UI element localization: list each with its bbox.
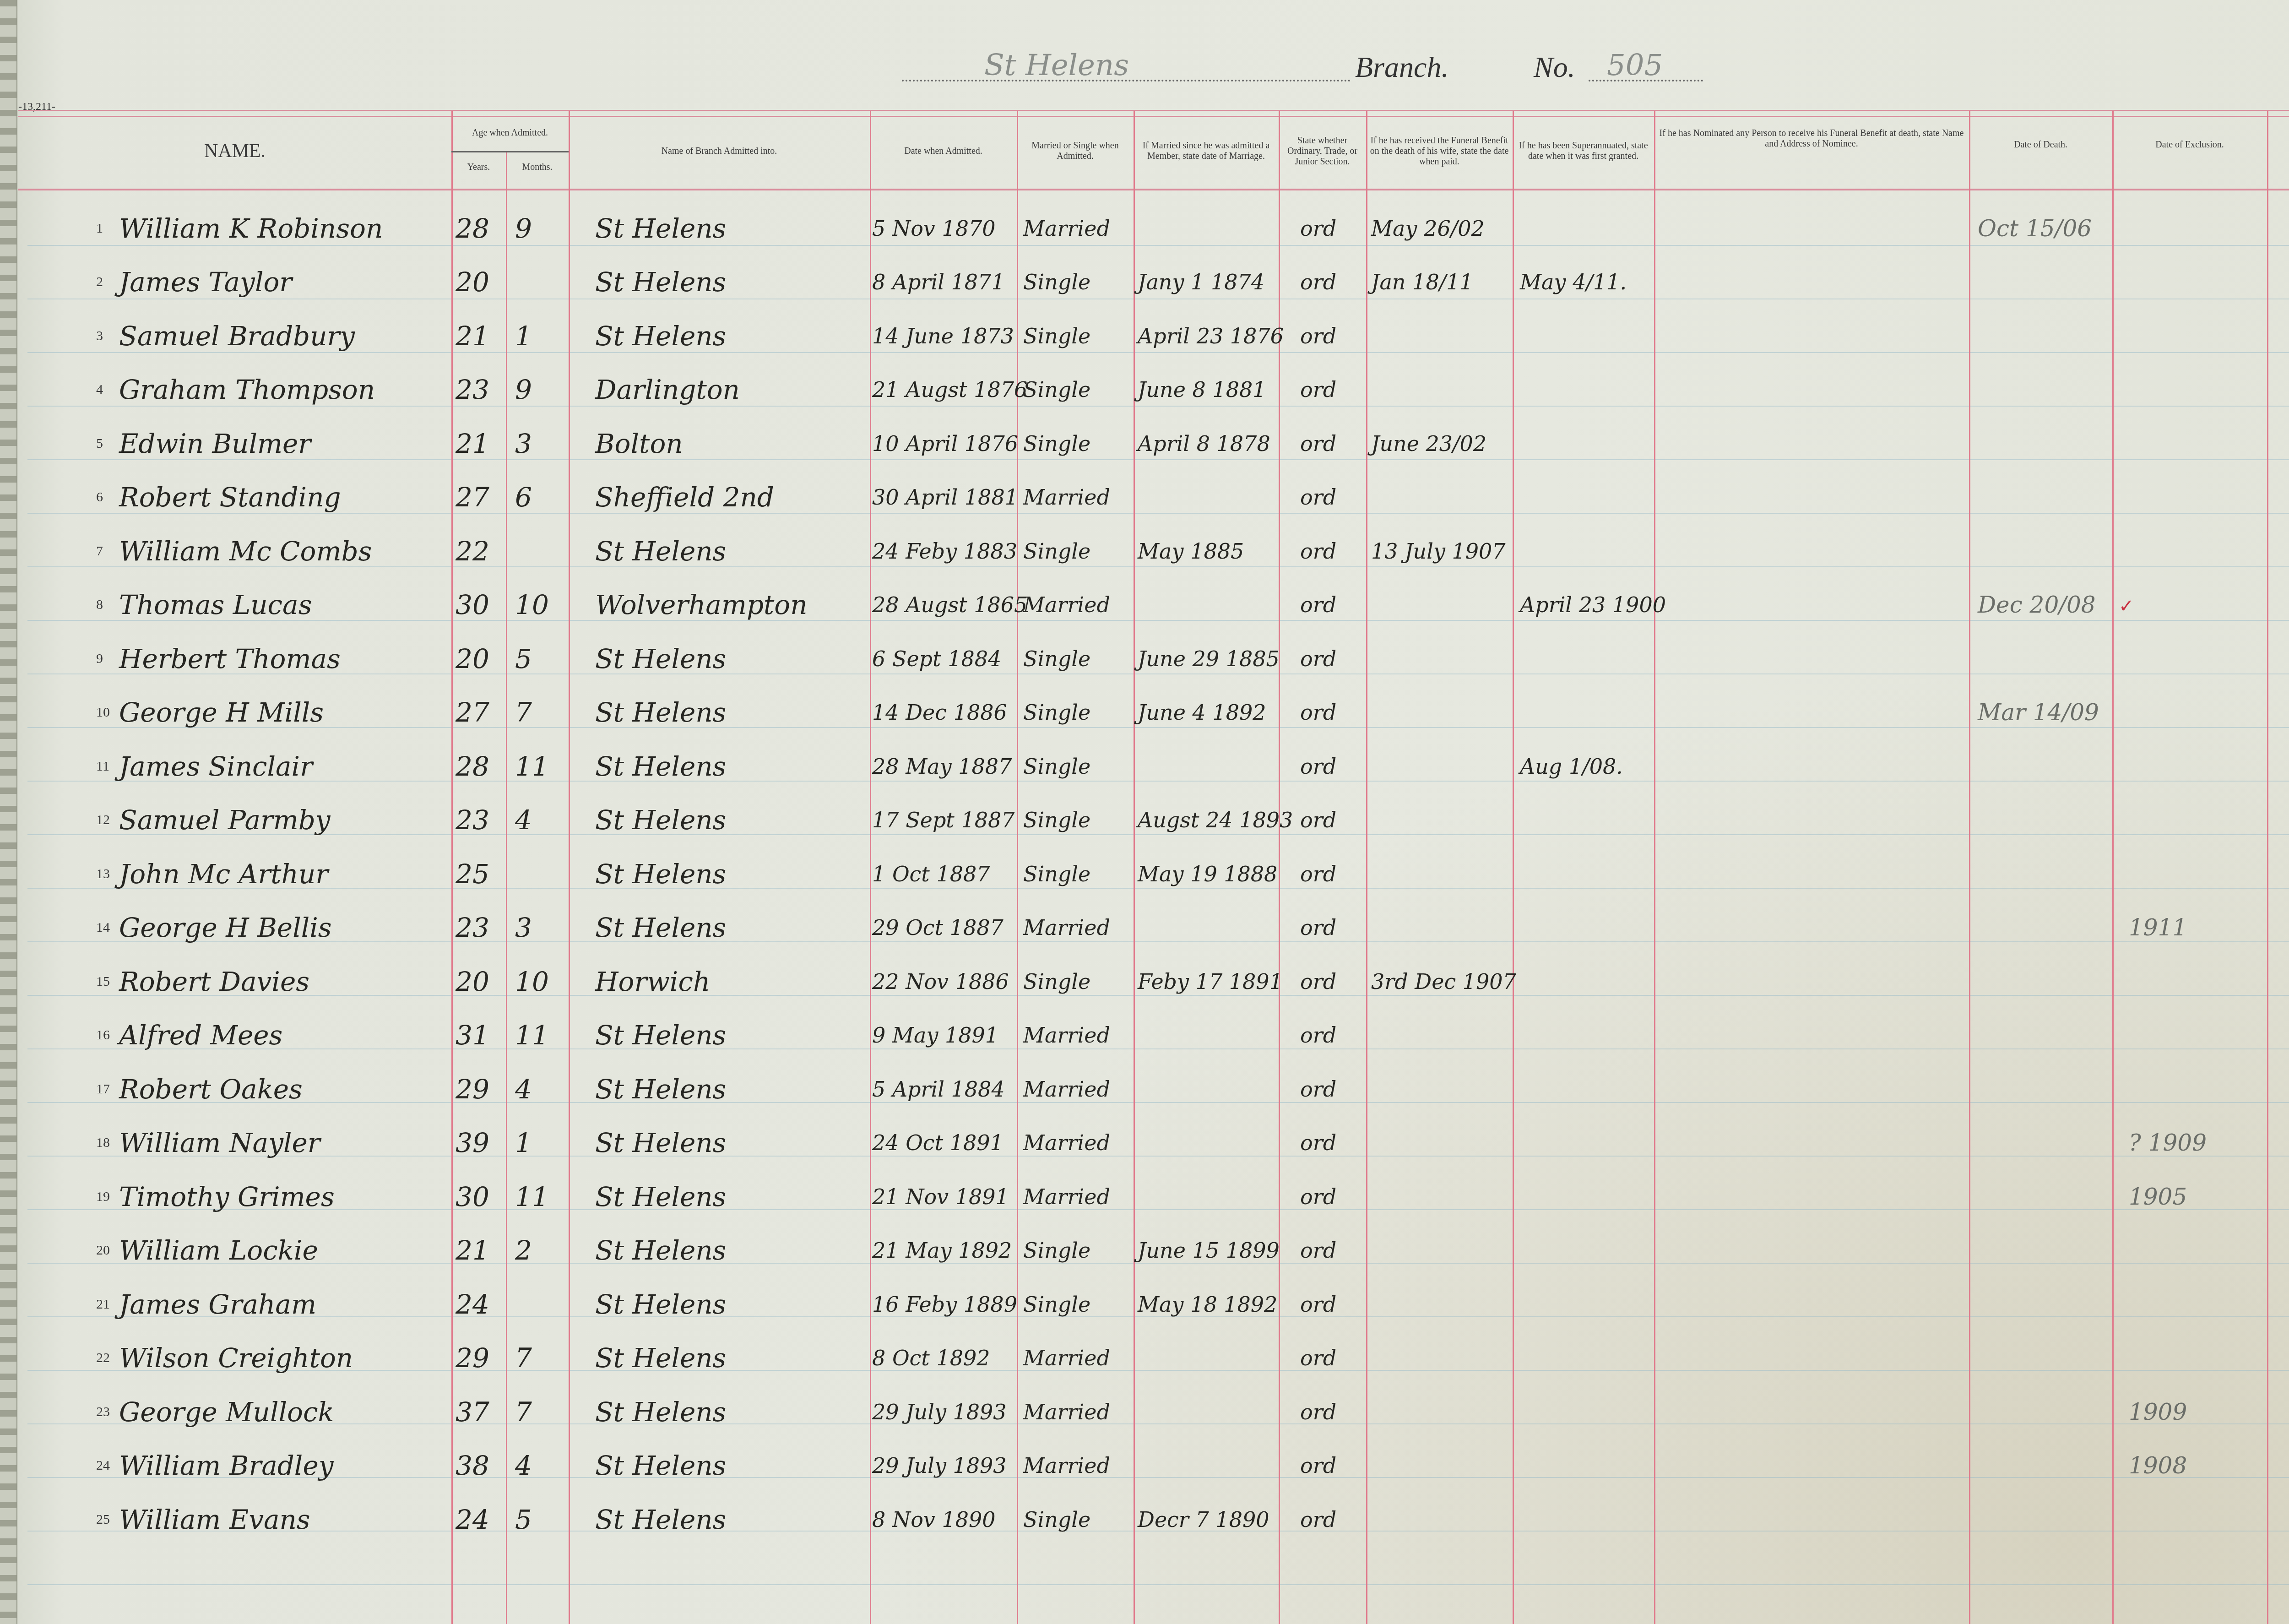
date-admitted: 8 Oct 1892	[872, 1331, 990, 1385]
member-name: William Nayler	[119, 1116, 320, 1170]
row-number: 24	[96, 1439, 110, 1493]
table-row: 11James Sinclair2811St Helens28 May 1887…	[0, 739, 2289, 793]
member-name: Herbert Thomas	[119, 632, 341, 685]
marital-status: Married	[1023, 1009, 1110, 1062]
section: ord	[1300, 1331, 1336, 1385]
section: ord	[1300, 1009, 1336, 1062]
member-name: Thomas Lucas	[119, 578, 312, 632]
header-age: Age when Admitted.	[451, 114, 569, 151]
member-name: James Graham	[119, 1277, 316, 1331]
row-number: 2	[96, 255, 103, 309]
branch-admitted: St Helens	[595, 201, 726, 255]
section: ord	[1300, 955, 1336, 1008]
section: ord	[1300, 363, 1336, 417]
funeral-benefit-wife: 3rd Dec 1907	[1371, 955, 1516, 1008]
marital-status: Single	[1023, 309, 1090, 363]
table-row: 19Timothy Grimes3011St Helens21 Nov 1891…	[0, 1170, 2289, 1223]
marital-status: Single	[1023, 255, 1090, 309]
member-name: Robert Standing	[119, 471, 341, 524]
marital-status: Single	[1023, 955, 1090, 1008]
date-of-marriage: April 8 1878	[1138, 417, 1270, 470]
row-number: 12	[96, 793, 110, 847]
branch-number: 505	[1607, 49, 1663, 82]
member-name: Samuel Bradbury	[119, 309, 355, 363]
table-row: 7William Mc Combs22St Helens24 Feby 1883…	[0, 524, 2289, 578]
section: ord	[1300, 1062, 1336, 1116]
date-admitted: 14 June 1873	[872, 309, 1014, 363]
marital-status: Single	[1023, 793, 1090, 847]
age-months: 11	[515, 1009, 549, 1062]
date-admitted: 8 April 1871	[872, 255, 1005, 309]
member-name: Alfred Mees	[119, 1009, 282, 1062]
age-years: 24	[456, 1277, 489, 1331]
row-number: 14	[96, 901, 110, 955]
member-name: John Mc Arthur	[119, 847, 328, 901]
marital-status: Married	[1023, 1331, 1110, 1385]
date-admitted: 14 Dec 1886	[872, 686, 1007, 739]
table-row: 15Robert Davies2010Horwich22 Nov 1886Sin…	[0, 955, 2289, 1008]
branch-admitted: St Helens	[595, 739, 726, 793]
age-months: 10	[515, 955, 549, 1008]
branch-admitted: St Helens	[595, 1385, 726, 1439]
table-row: 23George Mullock377St Helens29 July 1893…	[0, 1385, 2289, 1439]
date-admitted: 21 Augst 1876	[872, 363, 1027, 417]
section: ord	[1300, 1385, 1336, 1439]
date-of-marriage: June 15 1899	[1138, 1224, 1280, 1277]
marital-status: Single	[1023, 363, 1090, 417]
section: ord	[1300, 901, 1336, 955]
date-of-exclusion: 1911	[2129, 901, 2187, 955]
age-months: 7	[515, 686, 532, 739]
table-row: 3Samuel Bradbury211St Helens14 June 1873…	[0, 309, 2289, 363]
red-tick-mark: ✓	[2119, 595, 2134, 617]
date-of-marriage: Jany 1 1874	[1138, 255, 1264, 309]
branch-admitted: Horwich	[595, 955, 710, 1008]
row-number: 4	[96, 363, 103, 417]
age-months: 10	[515, 578, 549, 632]
date-admitted: 5 Nov 1870	[872, 201, 996, 255]
table-row: 2James Taylor20St Helens8 April 1871Sing…	[0, 255, 2289, 309]
section: ord	[1300, 632, 1336, 685]
row-number: 5	[96, 417, 103, 470]
row-number: 6	[96, 471, 103, 524]
marital-status: Single	[1023, 739, 1090, 793]
table-row: 24William Bradley384St Helens29 July 189…	[0, 1439, 2289, 1493]
age-months: 6	[515, 471, 532, 524]
age-months: 4	[515, 793, 532, 847]
funeral-benefit-wife: May 26/02	[1371, 201, 1485, 255]
marital-status: Single	[1023, 632, 1090, 685]
member-name: George Mullock	[119, 1385, 334, 1439]
row-number: 11	[96, 739, 109, 793]
marital-status: Married	[1023, 1439, 1110, 1493]
section: ord	[1300, 686, 1336, 739]
branch-admitted: St Helens	[595, 1170, 726, 1223]
table-row: 25William Evans245St Helens8 Nov 1890Sin…	[0, 1493, 2289, 1546]
age-years: 21	[456, 1224, 489, 1277]
branch-admitted: St Helens	[595, 309, 726, 363]
age-months: 7	[515, 1385, 532, 1439]
row-number: 1	[96, 201, 103, 255]
table-row: 6Robert Standing276Sheffield 2nd30 April…	[0, 471, 2289, 524]
member-name: Samuel Parmby	[119, 793, 331, 847]
table-row: 16Alfred Mees3111St Helens9 May 1891Marr…	[0, 1009, 2289, 1062]
branch-admitted: St Helens	[595, 1116, 726, 1170]
header-date-of-marriage: If Married since he was admitted a Membe…	[1134, 114, 1279, 188]
member-name: George H Mills	[119, 686, 324, 739]
section: ord	[1300, 255, 1336, 309]
header-date-of-death: Date of Death.	[1969, 114, 2112, 188]
age-years: 20	[456, 955, 489, 1008]
superannuated-date: Aug 1/08.	[1520, 739, 1623, 793]
age-years: 30	[456, 578, 489, 632]
branch-admitted: St Helens	[595, 901, 726, 955]
number-label: No.	[1534, 50, 1575, 84]
age-months: 11	[515, 739, 549, 793]
table-row: 22Wilson Creighton297St Helens8 Oct 1892…	[0, 1331, 2289, 1385]
marital-status: Married	[1023, 1116, 1110, 1170]
branch-admitted: St Helens	[595, 524, 726, 578]
table-row: 9Herbert Thomas205St Helens6 Sept 1884Si…	[0, 632, 2289, 685]
date-admitted: 24 Feby 1883	[872, 524, 1017, 578]
age-years: 28	[456, 739, 489, 793]
table-row: 8Thomas Lucas3010Wolverhampton28 Augst 1…	[0, 578, 2289, 632]
header-date-of-exclusion: Date of Exclusion.	[2112, 114, 2267, 188]
date-admitted: 29 July 1893	[872, 1385, 1007, 1439]
member-name: Graham Thompson	[119, 363, 375, 417]
section: ord	[1300, 471, 1336, 524]
date-admitted: 29 Oct 1887	[872, 901, 1003, 955]
marital-status: Married	[1023, 1062, 1110, 1116]
branch-admitted: St Helens	[595, 847, 726, 901]
date-of-marriage: June 29 1885	[1138, 632, 1280, 685]
row-number: 13	[96, 847, 110, 901]
date-of-marriage: Augst 24 1893	[1138, 793, 1293, 847]
date-admitted: 21 May 1892	[872, 1224, 1012, 1277]
member-name: James Taylor	[119, 255, 292, 309]
age-months: 9	[515, 201, 532, 255]
age-years: 22	[456, 524, 489, 578]
branch-admitted: St Helens	[595, 1331, 726, 1385]
date-admitted: 29 July 1893	[872, 1439, 1007, 1493]
section: ord	[1300, 739, 1336, 793]
age-years: 30	[456, 1170, 489, 1223]
date-of-marriage: Decr 7 1890	[1138, 1493, 1269, 1546]
age-months: 4	[515, 1439, 532, 1493]
table-row: 10George H Mills277St Helens14 Dec 1886S…	[0, 686, 2289, 739]
marital-status: Married	[1023, 901, 1110, 955]
age-months: 7	[515, 1331, 532, 1385]
branch-name: St Helens	[984, 49, 1129, 82]
section: ord	[1300, 578, 1336, 632]
row-number: 21	[96, 1277, 110, 1331]
date-of-death: Oct 15/06	[1978, 201, 2092, 255]
table-row: 1William K Robinson289St Helens5 Nov 187…	[0, 201, 2289, 255]
member-name: George H Bellis	[119, 901, 332, 955]
member-name: Robert Oakes	[119, 1062, 303, 1116]
table-row: 5Edwin Bulmer213Bolton10 April 1876Singl…	[0, 417, 2289, 470]
date-admitted: 10 April 1876	[872, 417, 1018, 470]
date-admitted: 6 Sept 1884	[872, 632, 1001, 685]
section: ord	[1300, 1170, 1336, 1223]
age-years: 29	[456, 1062, 489, 1116]
age-months: 5	[515, 1493, 532, 1546]
date-admitted: 28 Augst 1865	[872, 578, 1027, 632]
section: ord	[1300, 1439, 1336, 1493]
section: ord	[1300, 1277, 1336, 1331]
age-months: 1	[515, 309, 532, 363]
branch-admitted: St Helens	[595, 1062, 726, 1116]
member-name: William K Robinson	[119, 201, 383, 255]
row-number: 25	[96, 1493, 110, 1546]
section: ord	[1300, 309, 1336, 363]
marital-status: Married	[1023, 201, 1110, 255]
section: ord	[1300, 847, 1336, 901]
marital-status: Single	[1023, 1277, 1090, 1331]
age-months: 3	[515, 417, 532, 470]
section: ord	[1300, 1116, 1336, 1170]
age-years: 23	[456, 793, 489, 847]
header-name: NAME.	[18, 114, 451, 188]
date-of-marriage: May 18 1892	[1138, 1277, 1277, 1331]
table-row: 12Samuel Parmby234St Helens17 Sept 1887S…	[0, 793, 2289, 847]
date-of-marriage: April 23 1876	[1138, 309, 1284, 363]
row-number: 15	[96, 955, 110, 1008]
date-admitted: 28 May 1887	[872, 739, 1012, 793]
date-of-death: Dec 20/08	[1978, 578, 2096, 632]
age-months: 1	[515, 1116, 532, 1170]
age-years: 27	[456, 471, 489, 524]
branch-heading: St Helens Branch. No. 505	[902, 41, 1703, 87]
age-years: 20	[456, 255, 489, 309]
funeral-benefit-wife: June 23/02	[1371, 417, 1486, 470]
member-name: Robert Davies	[119, 955, 309, 1008]
date-of-exclusion: ? 1909	[2129, 1116, 2207, 1170]
date-admitted: 9 May 1891	[872, 1009, 998, 1062]
member-name: William Evans	[119, 1493, 310, 1546]
branch-admitted: St Helens	[595, 1009, 726, 1062]
marital-status: Married	[1023, 1170, 1110, 1223]
funeral-benefit-wife: Jan 18/11	[1371, 255, 1473, 309]
header-superannuated: If he has been Superannuated, state date…	[1513, 114, 1654, 188]
age-years: 25	[456, 847, 489, 901]
date-of-death: Mar 14/09	[1978, 686, 2099, 739]
date-admitted: 21 Nov 1891	[872, 1170, 1009, 1223]
header-bottom-rule	[18, 189, 2289, 190]
row-number: 8	[96, 578, 103, 632]
branch-admitted: Bolton	[595, 417, 683, 470]
age-years: 29	[456, 1331, 489, 1385]
age-months: 4	[515, 1062, 532, 1116]
age-months: 3	[515, 901, 532, 955]
age-header-divider	[451, 151, 569, 152]
branch-admitted: St Helens	[595, 1439, 726, 1493]
marital-status: Single	[1023, 1493, 1090, 1546]
age-years: 31	[456, 1009, 489, 1062]
header-nominee: If he has Nominated any Person to receiv…	[1654, 114, 1969, 188]
header-age-months: Months.	[506, 153, 569, 181]
age-years: 38	[456, 1439, 489, 1493]
header-age-years: Years.	[451, 153, 506, 181]
date-admitted: 22 Nov 1886	[872, 955, 1009, 1008]
date-admitted: 17 Sept 1887	[872, 793, 1015, 847]
date-of-marriage: June 8 1881	[1138, 363, 1266, 417]
age-years: 39	[456, 1116, 489, 1170]
section: ord	[1300, 201, 1336, 255]
age-years: 21	[456, 417, 489, 470]
section: ord	[1300, 793, 1336, 847]
date-of-exclusion: 1909	[2129, 1385, 2187, 1439]
section: ord	[1300, 1224, 1336, 1277]
branch-admitted: St Helens	[595, 686, 726, 739]
row-number: 7	[96, 524, 103, 578]
row-number: 20	[96, 1224, 110, 1277]
table-row: 4Graham Thompson239Darlington21 Augst 18…	[0, 363, 2289, 417]
branch-admitted: St Helens	[595, 1493, 726, 1546]
date-of-marriage: May 1885	[1138, 524, 1244, 578]
superannuated-date: May 4/11.	[1520, 255, 1627, 309]
member-name: William Bradley	[119, 1439, 334, 1493]
row-number: 19	[96, 1170, 110, 1223]
age-years: 23	[456, 901, 489, 955]
table-row: 14George H Bellis233St Helens29 Oct 1887…	[0, 901, 2289, 955]
marital-status: Single	[1023, 686, 1090, 739]
date-of-exclusion: 1905	[2129, 1170, 2187, 1223]
member-name: William Mc Combs	[119, 524, 372, 578]
date-admitted: 24 Oct 1891	[872, 1116, 1003, 1170]
age-years: 24	[456, 1493, 489, 1546]
branch-admitted: St Helens	[595, 793, 726, 847]
row-number: 9	[96, 632, 103, 685]
marital-status: Single	[1023, 1224, 1090, 1277]
table-row: 18William Nayler391St Helens24 Oct 1891M…	[0, 1116, 2289, 1170]
date-admitted: 1 Oct 1887	[872, 847, 990, 901]
superannuated-date: April 23 1900	[1520, 578, 1666, 632]
age-years: 23	[456, 363, 489, 417]
age-months: 5	[515, 632, 532, 685]
header-branch-admitted: Name of Branch Admitted into.	[569, 114, 870, 188]
date-of-marriage: June 4 1892	[1138, 686, 1266, 739]
section: ord	[1300, 417, 1336, 470]
marital-status: Single	[1023, 524, 1090, 578]
member-name: James Sinclair	[119, 739, 313, 793]
date-of-marriage: Feby 17 1891	[1138, 955, 1283, 1008]
row-number: 22	[96, 1331, 110, 1385]
marital-status: Married	[1023, 1385, 1110, 1439]
ledger-page: -13,211- St Helens Branch. No. 505 NAME.…	[0, 0, 2289, 1624]
branch-admitted: St Helens	[595, 255, 726, 309]
branch-admitted: St Helens	[595, 632, 726, 685]
row-number: 16	[96, 1009, 110, 1062]
table-row: 21James Graham24St Helens16 Feby 1889Sin…	[0, 1277, 2289, 1331]
row-number: 3	[96, 309, 103, 363]
member-name: William Lockie	[119, 1224, 318, 1277]
row-number: 17	[96, 1062, 110, 1116]
branch-admitted: Wolverhampton	[595, 578, 808, 632]
row-number: 18	[96, 1116, 110, 1170]
branch-admitted: St Helens	[595, 1277, 726, 1331]
age-years: 28	[456, 201, 489, 255]
member-name: Timothy Grimes	[119, 1170, 335, 1223]
date-of-exclusion: 1908	[2129, 1439, 2187, 1493]
table-row: 17Robert Oakes294St Helens5 April 1884Ma…	[0, 1062, 2289, 1116]
header-funeral-benefit-wife: If he has received the Funeral Benefit o…	[1366, 114, 1513, 188]
marital-status: Married	[1023, 578, 1110, 632]
branch-admitted: St Helens	[595, 1224, 726, 1277]
row-number: 10	[96, 686, 110, 739]
section: ord	[1300, 1493, 1336, 1546]
header-marital-status: Married or Single when Admitted.	[1017, 114, 1134, 188]
age-years: 21	[456, 309, 489, 363]
section: ord	[1300, 524, 1336, 578]
age-months: 9	[515, 363, 532, 417]
marital-status: Single	[1023, 417, 1090, 470]
age-months: 11	[515, 1170, 549, 1223]
header-date-admitted: Date when Admitted.	[870, 114, 1017, 188]
date-admitted: 30 April 1881	[872, 471, 1018, 524]
date-admitted: 5 April 1884	[872, 1062, 1005, 1116]
table-row: 13John Mc Arthur25St Helens1 Oct 1887Sin…	[0, 847, 2289, 901]
age-months: 2	[515, 1224, 532, 1277]
branch-label: Branch.	[1355, 50, 1448, 84]
funeral-benefit-wife: 13 July 1907	[1371, 524, 1506, 578]
age-years: 20	[456, 632, 489, 685]
marital-status: Married	[1023, 471, 1110, 524]
branch-admitted: Darlington	[595, 363, 740, 417]
age-years: 37	[456, 1385, 489, 1439]
member-name: Edwin Bulmer	[119, 417, 311, 470]
date-admitted: 8 Nov 1890	[872, 1493, 996, 1546]
marital-status: Single	[1023, 847, 1090, 901]
age-years: 27	[456, 686, 489, 739]
table-row: 20William Lockie212St Helens21 May 1892S…	[0, 1224, 2289, 1277]
row-number: 23	[96, 1385, 110, 1439]
date-of-marriage: May 19 1888	[1138, 847, 1277, 901]
branch-admitted: Sheffield 2nd	[595, 471, 774, 524]
date-admitted: 16 Feby 1889	[872, 1277, 1017, 1331]
header-cause-of-exclusion: Cause of Exclusion.	[2267, 114, 2289, 188]
member-name: Wilson Creighton	[119, 1331, 353, 1385]
header-section: State whether Ordinary, Trade, or Junior…	[1279, 114, 1366, 188]
